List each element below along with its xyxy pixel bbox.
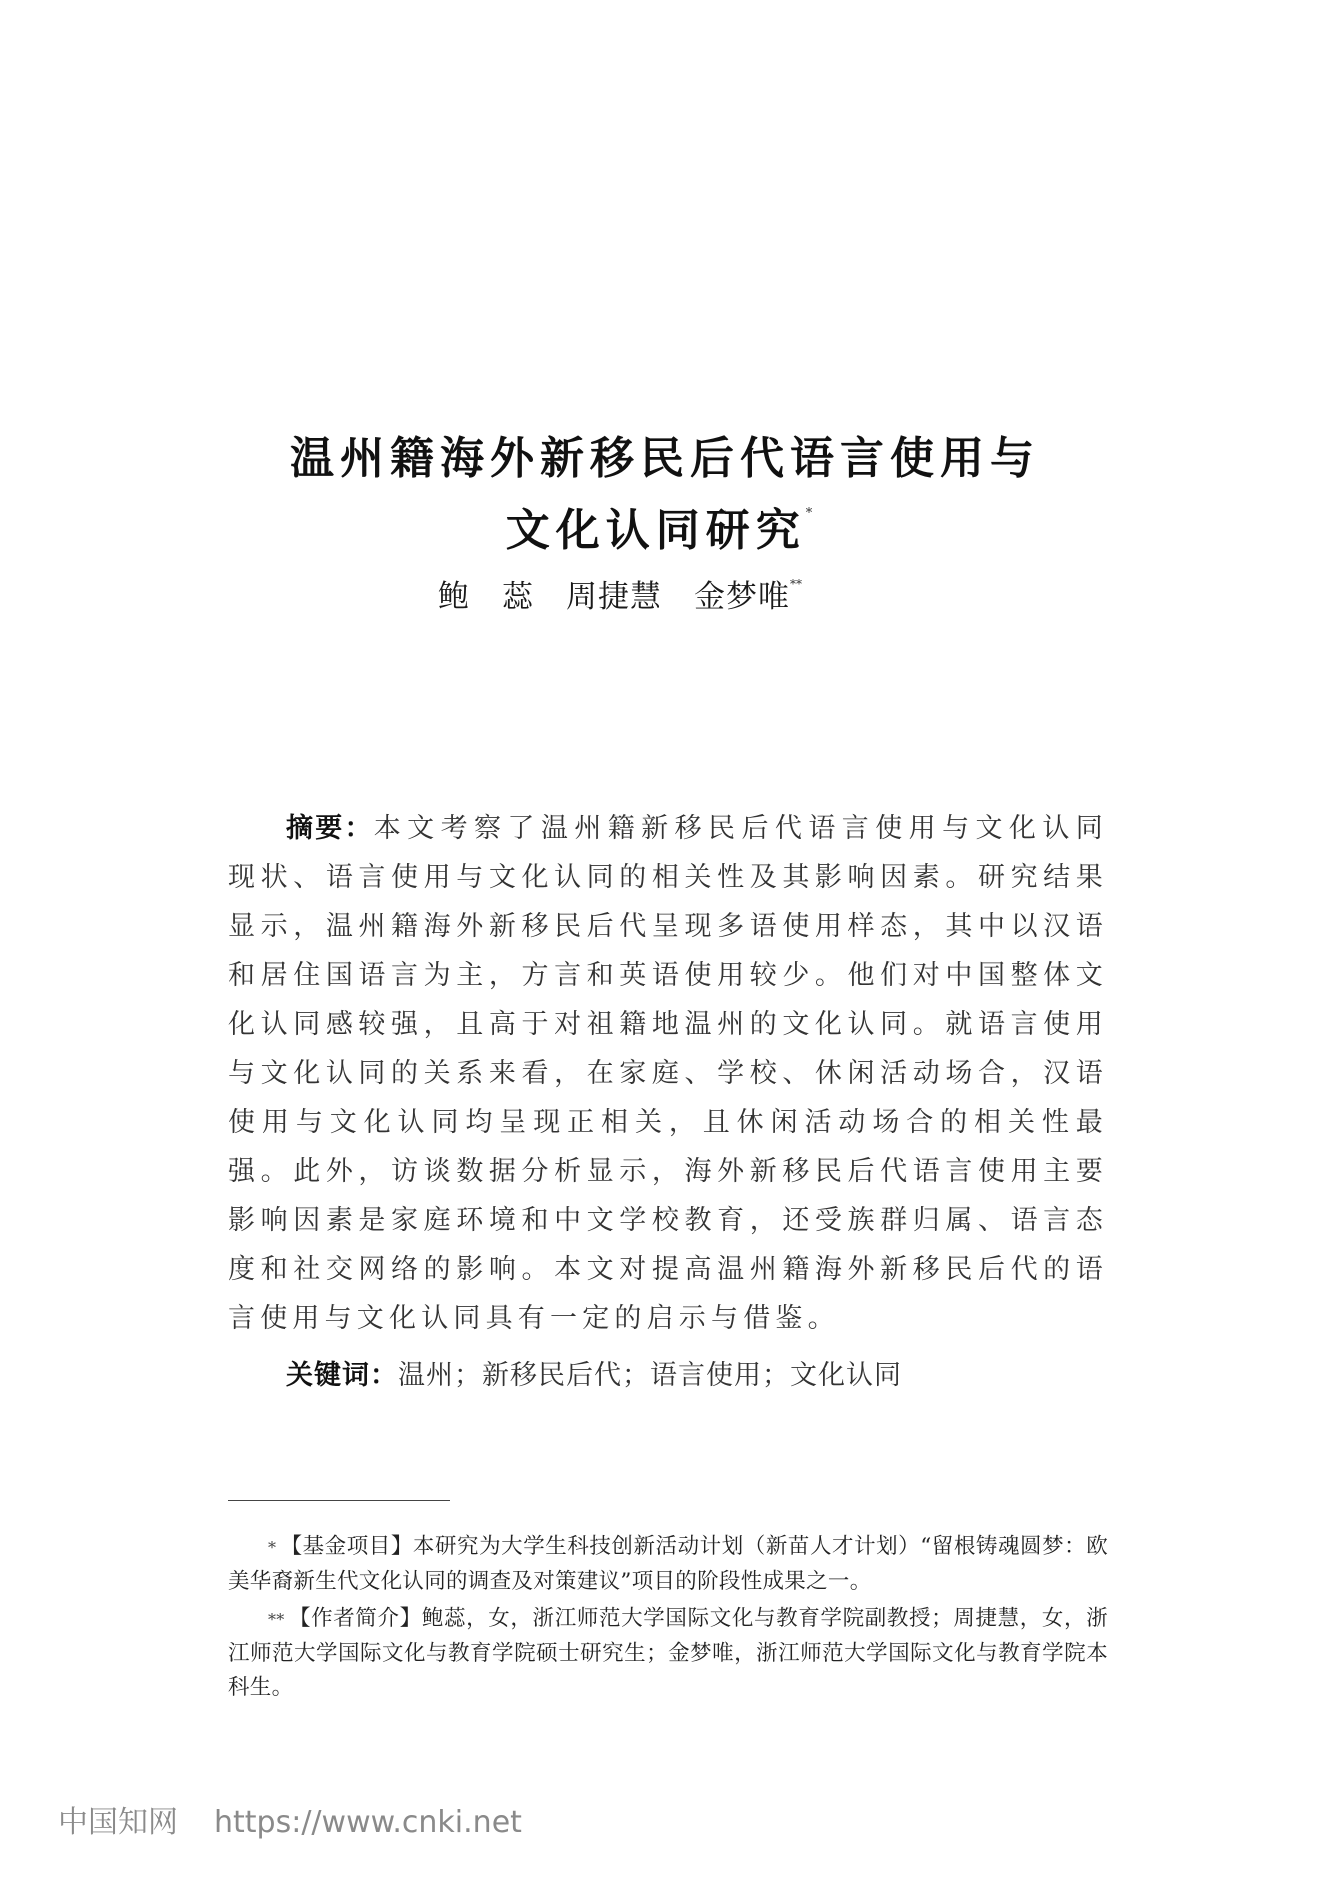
article-title-line-1: 温州籍海外新移民后代语言使用与 <box>0 437 1334 481</box>
footnote-funding: *【基金项目】本研究为大学生科技创新活动计划（新苗人才计划）“留根铸魂圆梦：欧美… <box>228 1530 1108 1599</box>
watermark-url: https://www.cnki.net <box>214 1805 522 1840</box>
footnote-authors: **【作者简介】鲍蕊，女，浙江师范大学国际文化与教育学院副教授；周捷慧，女，浙江… <box>228 1602 1108 1705</box>
keywords-text: 温州；新移民后代；语言使用；文化认同 <box>398 1360 902 1391</box>
title-text-1: 温州籍海外新移民后代语言使用与 <box>290 433 1040 484</box>
footnote-text-2: 【作者简介】鲍蕊，女，浙江师范大学国际文化与教育学院副教授；周捷慧，女，浙江师范… <box>228 1606 1108 1700</box>
article-title-line-2: 文化认同研究* <box>0 509 1328 553</box>
abstract-text: 本文考察了温州籍新移民后代语言使用与文化认同现状、语言使用与文化认同的相关性及其… <box>228 813 1108 1334</box>
footnote-mark-2: ** <box>268 1610 285 1629</box>
abstract-label: 摘要： <box>286 813 374 844</box>
title-text-2: 文化认同研究 <box>506 505 806 556</box>
footnote-text-1: 【基金项目】本研究为大学生科技创新活动计划（新苗人才计划）“留根铸魂圆梦：欧美华… <box>228 1534 1108 1594</box>
title-footnote-mark: * <box>806 506 813 521</box>
footnote-mark-1: * <box>268 1538 276 1557</box>
cnki-watermark: 中国知网https://www.cnki.net <box>58 1808 522 1838</box>
author-names: 鲍 蕊 周捷慧 金梦唯 <box>438 579 790 615</box>
keywords-label: 关键词： <box>286 1360 398 1391</box>
footnote-divider <box>228 1500 450 1501</box>
author-footnote-mark: ** <box>790 577 802 591</box>
abstract-paragraph: 摘要：本文考察了温州籍新移民后代语言使用与文化认同现状、语言使用与文化认同的相关… <box>228 804 1108 1343</box>
author-list: 鲍 蕊 周捷慧 金梦唯** <box>438 582 802 613</box>
keywords-line: 关键词：温州；新移民后代；语言使用；文化认同 <box>286 1351 902 1400</box>
watermark-brand: 中国知网 <box>58 1805 178 1840</box>
